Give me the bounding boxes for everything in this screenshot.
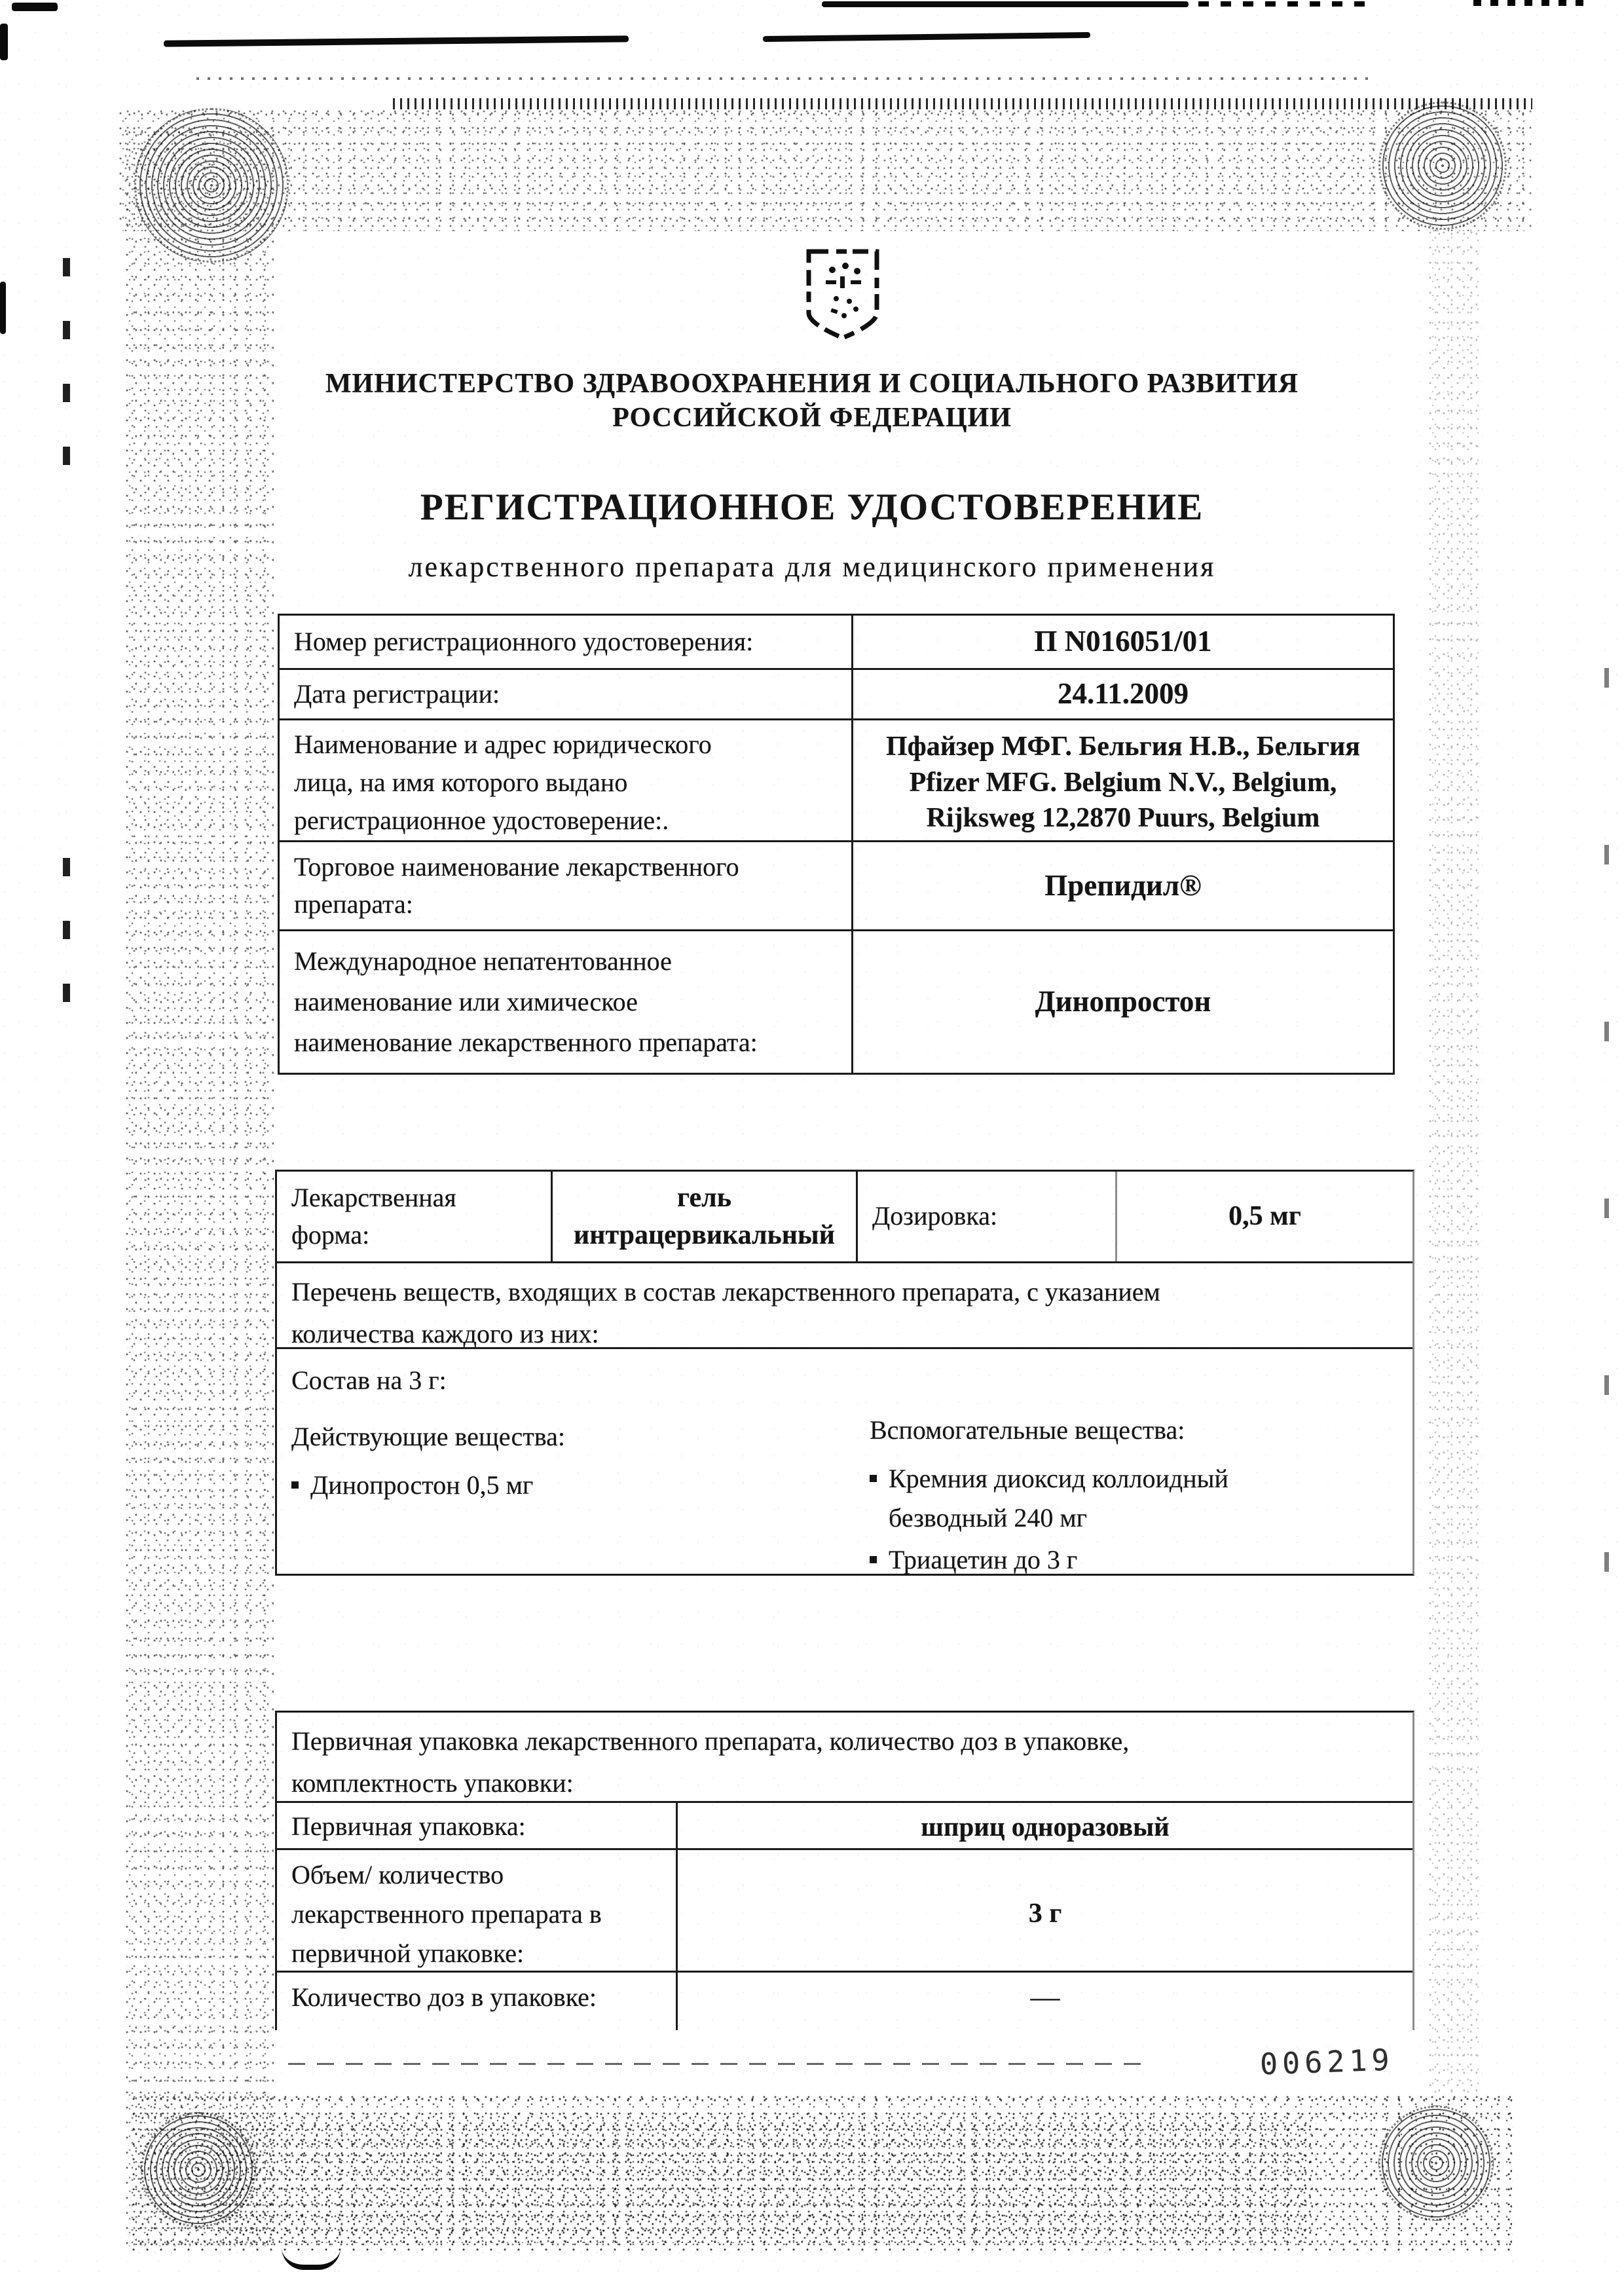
- dosage-form-label: Лекарственная форма:: [277, 1172, 553, 1261]
- coat-of-arms-icon: [802, 248, 883, 343]
- scan-noise-streak: [1473, 0, 1591, 6]
- scan-noise-streak: [822, 1, 1189, 7]
- border-tick-row: [393, 98, 1532, 109]
- bullet-square-icon: [870, 1475, 877, 1482]
- volume-per-pack-value: 3 г: [678, 1850, 1412, 1978]
- packaging-table: Первичная упаковка лекарственного препар…: [275, 1711, 1414, 2030]
- scan-noise-streak: [164, 35, 629, 46]
- trade-name-value: Препидил®: [853, 842, 1393, 929]
- active-substances-title: Действующие вещества:: [291, 1421, 565, 1452]
- scan-noise-streak: [1198, 1, 1369, 7]
- holder-name-address-label: Наименование и адрес юридического лица, …: [280, 720, 853, 845]
- document-subtitle: лекарственного препарата для медицинског…: [0, 550, 1624, 584]
- scan-noise-streak: [763, 32, 1090, 42]
- border-ornament-bottom-core: [216, 2122, 1316, 2243]
- dosage-form-value: гель интрацервикальный: [553, 1172, 858, 1261]
- border-dotted-guide: [196, 77, 1375, 80]
- primary-packaging-value: шприц одноразовый: [678, 1803, 1412, 1851]
- scan-noise-streak: [12, 3, 58, 11]
- trade-name-label: Торговое наименование лекарственного пре…: [280, 842, 853, 929]
- excipient-item: Триацетин до 3 г: [870, 1540, 1341, 1580]
- inn-value: Динопростон: [853, 931, 1393, 1073]
- dosage-value: 0,5 мг: [1117, 1172, 1412, 1261]
- document-title: РЕГИСТРАЦИОННОЕ УДОСТОВЕРЕНИЕ: [0, 486, 1624, 529]
- dosage-label: Дозировка:: [858, 1172, 1117, 1261]
- margin-mark: [0, 282, 6, 334]
- table-bottom-remnant-line: [288, 2063, 1153, 2065]
- excipients-title: Вспомогательные вещества:: [870, 1415, 1185, 1445]
- registration-number-value: П N016051/01: [853, 616, 1393, 668]
- excipient-text: Триацетин до 3 г: [889, 1540, 1077, 1580]
- active-substance-text: Динопростон 0,5 мг: [310, 1466, 533, 1505]
- corner-rosette-bottom-right: [1378, 2106, 1494, 2221]
- composition-table: Лекарственная форма: гель интрацервикаль…: [275, 1170, 1414, 1576]
- ministry-name-line2: РОССИЙСКОЙ ФЕДЕРАЦИИ: [0, 402, 1624, 434]
- active-substance-item: Динопростон 0,5 мг: [291, 1466, 789, 1505]
- excipient-item: Кремния диоксид коллоидный безводный 240…: [870, 1459, 1341, 1538]
- registration-table: Номер регистрационного удостоверения: П …: [278, 614, 1395, 1075]
- scanned-document-page: МИНИСТЕРСТВО ЗДРАВООХРАНЕНИЯ И СОЦИАЛЬНО…: [0, 0, 1624, 2283]
- packaging-header: Первичная упаковка лекарственного препар…: [277, 1713, 1412, 1810]
- registration-date-value: 24.11.2009: [853, 670, 1393, 718]
- volume-per-pack-label: Объем/ количество лекарственного препара…: [277, 1850, 678, 1978]
- composition-basis: Состав на 3 г:: [291, 1365, 447, 1396]
- registration-date-label: Дата регистрации:: [280, 670, 853, 718]
- right-edge-dashes: [1604, 589, 1609, 1572]
- border-ornament-left: [124, 131, 275, 2246]
- corner-rosette-bottom-left: [141, 2112, 256, 2227]
- border-ornament-top: [118, 110, 1532, 231]
- inn-label: Международное непатентованное наименован…: [280, 931, 853, 1073]
- ministry-name-line1: МИНИСТЕРСТВО ЗДРАВООХРАНЕНИЯ И СОЦИАЛЬНО…: [0, 368, 1624, 399]
- doses-per-pack-value: —: [678, 1973, 1412, 2030]
- excipient-text: Кремния диоксид коллоидный безводный 240…: [889, 1459, 1228, 1538]
- composition-header: Перечень веществ, входящих в состав лека…: [277, 1263, 1412, 1360]
- doses-per-pack-label: Количество доз в упаковке:: [277, 1973, 678, 2030]
- form-serial-number: 006219: [1259, 2042, 1394, 2081]
- primary-packaging-label: Первичная упаковка:: [277, 1803, 678, 1851]
- bullet-square-icon: [870, 1556, 877, 1563]
- holder-name-address-value: Пфайзер МФГ. Бельгия Н.В., Бельгия Pfize…: [853, 720, 1393, 845]
- corner-rosette-top-left: [134, 108, 289, 263]
- margin-mark: [0, 24, 8, 60]
- bottom-check-mark: [282, 2248, 341, 2270]
- corner-rosette-top-right: [1378, 102, 1507, 230]
- bullet-square-icon: [291, 1481, 299, 1489]
- registration-number-label: Номер регистрационного удостоверения:: [280, 616, 853, 668]
- margin-dash-column: [63, 819, 70, 1002]
